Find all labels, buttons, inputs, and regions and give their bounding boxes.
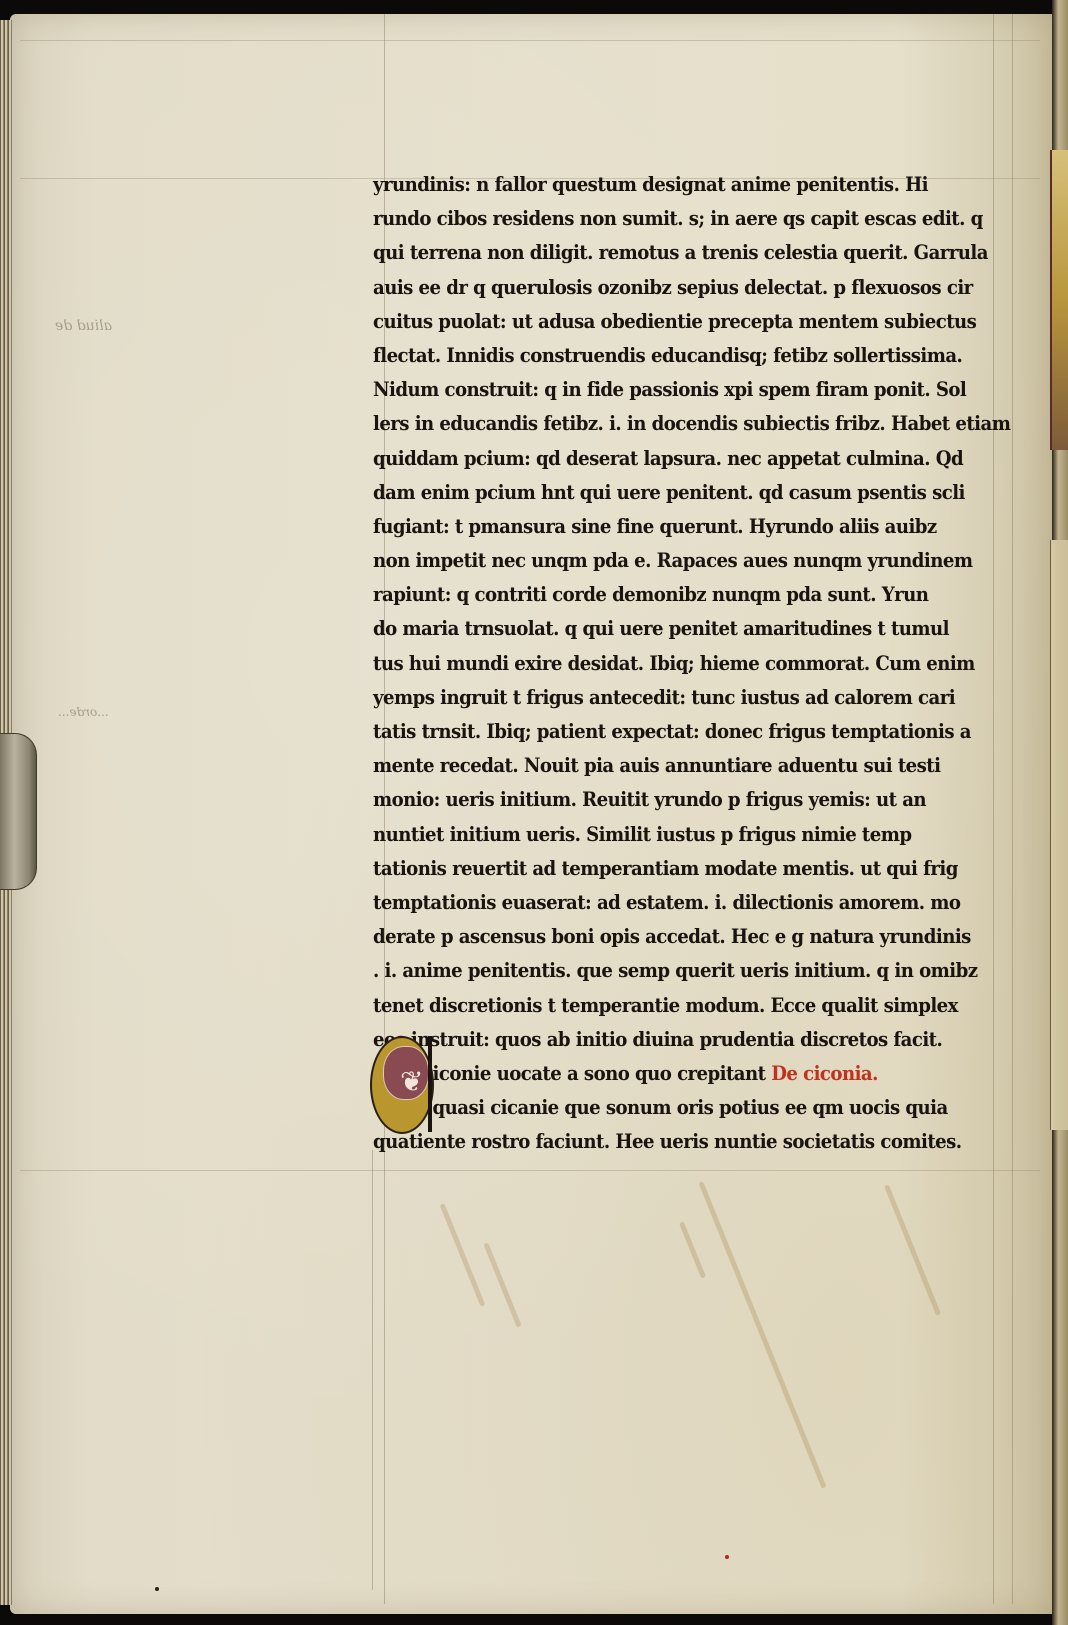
text-line: mente recedat. Nouit pia auis annuntiare… (373, 749, 931, 783)
text-line: tenet discretionis t temperantie modum. … (373, 989, 931, 1023)
main-text-column: yrundinis: n fallor questum designat ani… (373, 168, 973, 1159)
initial-field: ❦ (383, 1046, 429, 1100)
text-line: temptationis euaserat: ad estatem. i. di… (373, 886, 931, 920)
facing-page-text-strip (1050, 540, 1068, 1130)
text-line: derate p ascensus boni opis accedat. Hec… (373, 920, 931, 954)
vine-scroll-icon: ❦ (400, 1060, 423, 1104)
ink-spot (725, 1555, 729, 1559)
text-line: yrundinis: n fallor questum designat ani… (373, 168, 931, 202)
text-line: qui terrena non diligit. remotus a treni… (373, 236, 931, 270)
text-line: rapiunt: q contriti corde demonibz nunqm… (373, 578, 931, 612)
text-line: non impetit nec unqm pda e. Rapaces aues… (373, 544, 931, 578)
text-line: cuitus puolat: ut adusa obedientie prece… (373, 305, 931, 339)
text-line: lers in educandis fetibz. i. in docendis… (373, 407, 931, 441)
text-line: tatis trnsit. Ibiq; patient expectat: do… (373, 715, 931, 749)
rubric-heading: De ciconia. (771, 1062, 878, 1085)
ruling-line-right (993, 14, 994, 1604)
ruling-line-left-inner (372, 1150, 373, 1590)
initial-stem (428, 1036, 432, 1132)
text-line: rundo cibos residens non sumit. s; in ae… (373, 202, 931, 236)
ruling-line-top (20, 40, 1040, 41)
ruling-line-right-outer (1012, 14, 1013, 1604)
text-line: eos instruit: quos ab initio diuina prud… (373, 1023, 931, 1057)
text-line: . i. anime penitentis. que semp querit u… (373, 954, 931, 988)
text-line: tus hui mundi exire desidat. Ibiq; hieme… (373, 647, 931, 681)
text-line: flectat. Innidis construendis educandisq… (373, 339, 931, 373)
text-line: do maria trnsuolat. q qui uere penitet a… (373, 612, 931, 646)
text-line: Nidum construit: q in fide passionis xpi… (373, 373, 931, 407)
text-line: tationis reuertit ad temperantiam modate… (373, 852, 931, 886)
book-clasp (0, 733, 37, 890)
text-line: monio: ueris initium. Reuitit yrundo p f… (373, 783, 931, 817)
text-line: auis ee dr q querulosis ozonibz sepius d… (373, 271, 931, 305)
margin-note-1: aliud de (55, 318, 112, 334)
margin-note-2: ...orde... (58, 705, 109, 719)
facing-page-illumination (1050, 150, 1068, 450)
chapter-text: quasi cicanie que sonum oris potius ee q… (433, 1096, 948, 1119)
ruling-line-bottom-text (20, 1170, 1040, 1171)
text-line: quiddam pcium: qd deserat lapsura. nec a… (373, 442, 931, 476)
text-line: yemps ingruit t frigus antecedit: tunc i… (373, 681, 931, 715)
ink-spot (155, 1587, 159, 1591)
chapter-text: quatiente rostro faciunt. Hee ueris nunt… (373, 1130, 962, 1153)
chapter-line: iconie uocate a sono quo crepitant De ci… (373, 1057, 931, 1091)
chapter-line: quasi cicanie que sonum oris potius ee q… (373, 1091, 931, 1125)
text-line: nuntiet initium ueris. Similit iustus p … (373, 818, 931, 852)
chapter-text: iconie uocate a sono quo crepitant (433, 1062, 766, 1085)
chapter-line: quatiente rostro faciunt. Hee ueris nunt… (373, 1125, 931, 1159)
illuminated-initial-c: ❦ (370, 1036, 434, 1132)
text-line: fugiant: t pmansura sine fine querunt. H… (373, 510, 931, 544)
text-line: dam enim pcium hnt qui uere penitent. qd… (373, 476, 931, 510)
